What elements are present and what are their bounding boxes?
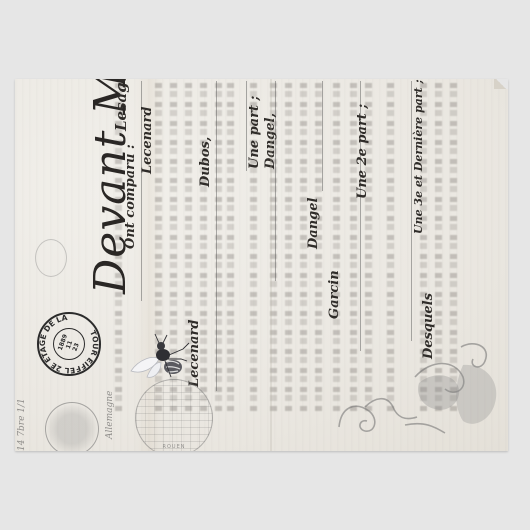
faint-coin-seal: [45, 402, 99, 451]
handwriting-line: [285, 83, 292, 413]
folded-corner: [494, 79, 508, 89]
faint-seal: [35, 239, 67, 277]
seal-label: ROUEN: [136, 444, 212, 450]
heading-dangel-2: Dangel: [306, 198, 321, 249]
heading-ont-comparu: Ont comparu :: [123, 144, 138, 249]
antique-document: Devant Me Lesage, Ont comparu : Lecenard…: [15, 79, 508, 451]
signature-note: Allemagne: [105, 391, 115, 439]
heading-lecenard-1: Lecenard: [140, 107, 155, 174]
ruled-line: [322, 81, 323, 191]
bee-icon: [125, 333, 195, 383]
heading-une-part: Une part ;: [247, 96, 262, 169]
heading-garcin: Garcin: [327, 270, 342, 319]
ruled-line: [216, 81, 217, 391]
tour-eiffel-postmark: TOUR EIFFEL 2E ETAGE DE LA 1889 11 23: [37, 312, 101, 376]
heading-une-3e-part: Une 3e et Dernière part ;: [412, 79, 425, 234]
pencil-note: 14 7bre 1/1: [17, 398, 27, 451]
heading-dangel-1: Dangel,: [263, 113, 278, 169]
title-name: Lesage,: [112, 79, 130, 131]
heading-dubos: Dubos,: [198, 137, 213, 187]
handwriting-line: [227, 83, 234, 413]
faint-crest-seal: ROUEN: [135, 379, 213, 451]
heading-une-2e-part: Une 2e part ;: [355, 104, 370, 199]
ruled-line: [275, 81, 276, 281]
ornamental-flourish: [335, 337, 505, 447]
